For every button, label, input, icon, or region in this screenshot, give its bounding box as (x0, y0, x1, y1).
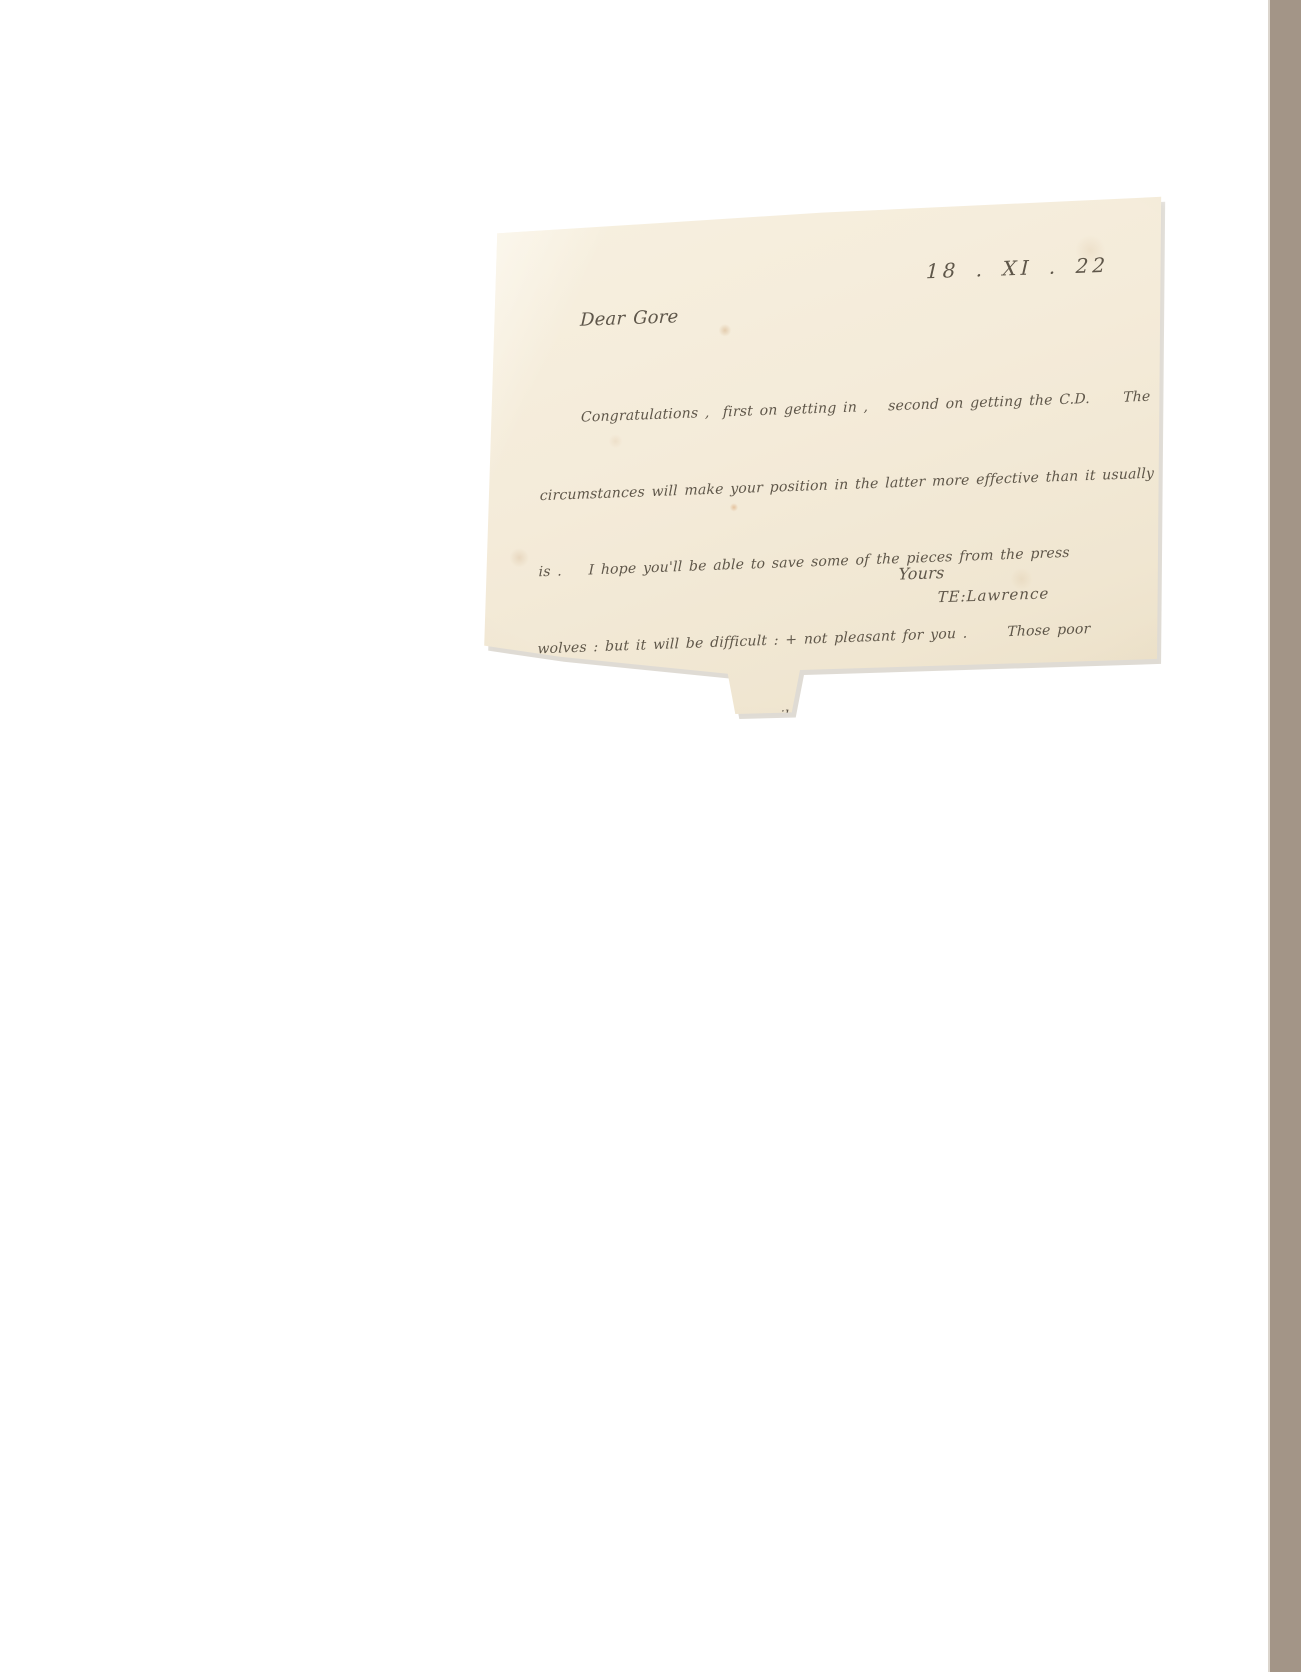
letter-date: 18 . XI . 22 (926, 253, 1110, 283)
letter-body-line: Congratulations , first on getting in , … (581, 384, 1157, 431)
catalog-page: { "colors": { "page-bg": "#ffffff", "str… (0, 0, 1301, 1672)
letter-body: Congratulations , first on getting in , … (533, 333, 1158, 943)
letter-closing: Yours TE:Lawrence (897, 557, 1050, 610)
letter-body-line: gained from them will benefit you as it … (534, 844, 1150, 892)
letter-photo: 18 . XI . 22 Dear Gore Congratulations ,… (478, 192, 1166, 722)
letter-body-line: is . I hope you'll be able to save some … (538, 538, 1154, 586)
letter-body-line: circumstances will make your position in… (540, 461, 1156, 509)
letter-salutation: Dear Gore (580, 306, 679, 330)
letter-signature: TE:Lawrence (937, 581, 1050, 609)
letter-body-line: dispense with it . Be kind to their foll… (535, 767, 1151, 815)
letter-body-line: Eastern creatures are so impossibly ungr… (536, 691, 1152, 739)
letter-body-line: wolves : but it will be difficult : + no… (537, 614, 1153, 662)
right-accent-stripe (1268, 0, 1301, 1672)
